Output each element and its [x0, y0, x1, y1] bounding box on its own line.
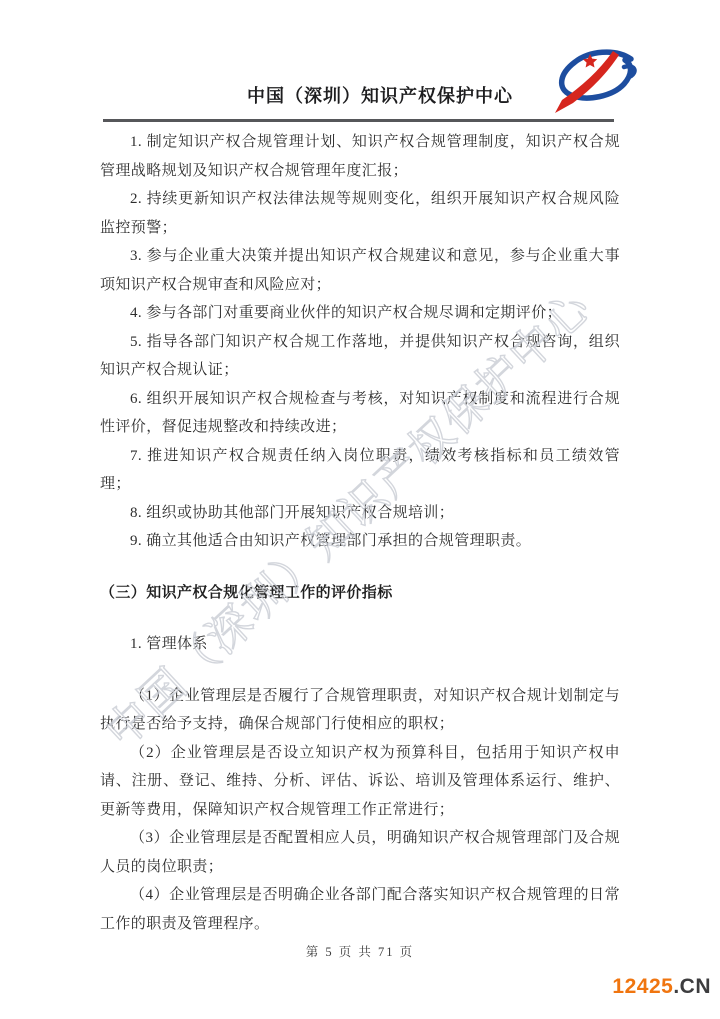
paragraph: 5. 指导各部门知识产权合规工作落地，并提供知识产权合规咨询，组织知识产权合规认…	[100, 328, 620, 385]
section-heading: （三）知识产权合规化管理工作的评价指标	[100, 579, 620, 608]
paragraph: （3）企业管理层是否配置相应人员，明确知识产权合规管理部门及合规人员的岗位职责；	[100, 824, 620, 881]
paragraph: 1. 管理体系	[100, 630, 620, 659]
paragraph: 8. 组织或协助其他部门开展知识产权合规培训；	[100, 499, 620, 528]
paragraph: 4. 参与各部门对重要商业伙伴的知识产权合规尽调和定期评价；	[100, 299, 620, 328]
paragraph: 9. 确立其他适合由知识产权管理部门承担的合规管理职责。	[100, 527, 620, 556]
site-mark-number: 12425	[612, 975, 673, 998]
paragraph: （4）企业管理层是否明确企业各部门配合落实知识产权合规管理的日常工作的职责及管理…	[100, 881, 620, 938]
site-mark: 12425.CN	[612, 975, 711, 999]
paragraph: 7. 推进知识产权合规责任纳入岗位职责，绩效考核指标和员工绩效管理；	[100, 442, 620, 499]
paragraph: （2）企业管理层是否设立知识产权为预算科目，包括用于知识产权申请、注册、登记、维…	[100, 739, 620, 825]
site-mark-suffix: .CN	[673, 975, 711, 998]
paragraph: （1）企业管理层是否履行了合规管理职责，对知识产权合规计划制定与执行是否给予支持…	[100, 682, 620, 739]
header-divider	[103, 119, 614, 122]
paragraph: 2. 持续更新知识产权法律法规等规则变化，组织开展知识产权合规风险监控预警；	[100, 185, 620, 242]
document-body: 1. 制定知识产权合规管理计划、知识产权合规管理制度，知识产权合规管理战略规划及…	[100, 128, 620, 938]
page-number: 第 5 页 共 71 页	[0, 942, 720, 960]
document-page: 中国（深圳）知识产权保护中心 1. 制定知识产权合规管理计划、知识产权合规管理制…	[0, 0, 720, 1019]
paragraph: 6. 组织开展知识产权合规检查与考核，对知识产权制度和流程进行合规性评价，督促违…	[100, 385, 620, 442]
paragraph: 1. 制定知识产权合规管理计划、知识产权合规管理制度，知识产权合规管理战略规划及…	[100, 128, 620, 185]
ip-center-logo-icon	[545, 45, 645, 120]
paragraph: 3. 参与企业重大决策并提出知识产权合规建议和意见，参与企业重大事项知识产权合规…	[100, 242, 620, 299]
